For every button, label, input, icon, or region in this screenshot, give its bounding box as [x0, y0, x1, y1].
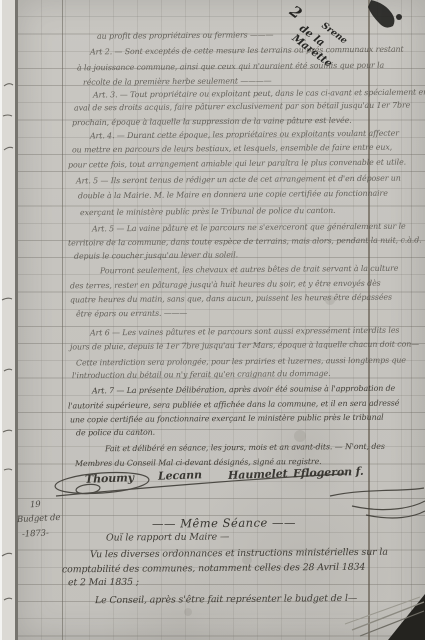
- manuscript-line: au profit des propriétaires ou fermiers …: [97, 30, 273, 41]
- margin-note-number: 19: [30, 500, 41, 511]
- manuscript-line: de police du canton.: [76, 428, 155, 438]
- signature: Lecann: [158, 468, 202, 483]
- margin-note-year: -1873-: [22, 528, 49, 539]
- manuscript-line: depuis le coucher jusqu'au lever du sole…: [74, 250, 238, 260]
- manuscript-line: Le Conseil, après s'être fait représente…: [95, 593, 357, 606]
- section-heading: —— Même Séance ——: [152, 515, 296, 530]
- manuscript-line: être épars ou errants. ———: [76, 309, 187, 319]
- scanned-register-page: 2 Srene de la Marette au profit des prop…: [0, 0, 425, 640]
- signature: Fflogeron f.: [293, 465, 364, 480]
- manuscript-line: Ouï le rapport du Maire —: [106, 531, 229, 543]
- signature: Thoumy: [85, 471, 134, 486]
- signature: Haumelet: [228, 467, 288, 482]
- manuscript-line: et 2 Mai 1835 ;: [68, 577, 139, 589]
- manuscript-line: récolte de la première herbe seulement —…: [83, 76, 272, 87]
- left-margin-rule: [62, 0, 63, 640]
- previous-page-edge: [0, 0, 15, 640]
